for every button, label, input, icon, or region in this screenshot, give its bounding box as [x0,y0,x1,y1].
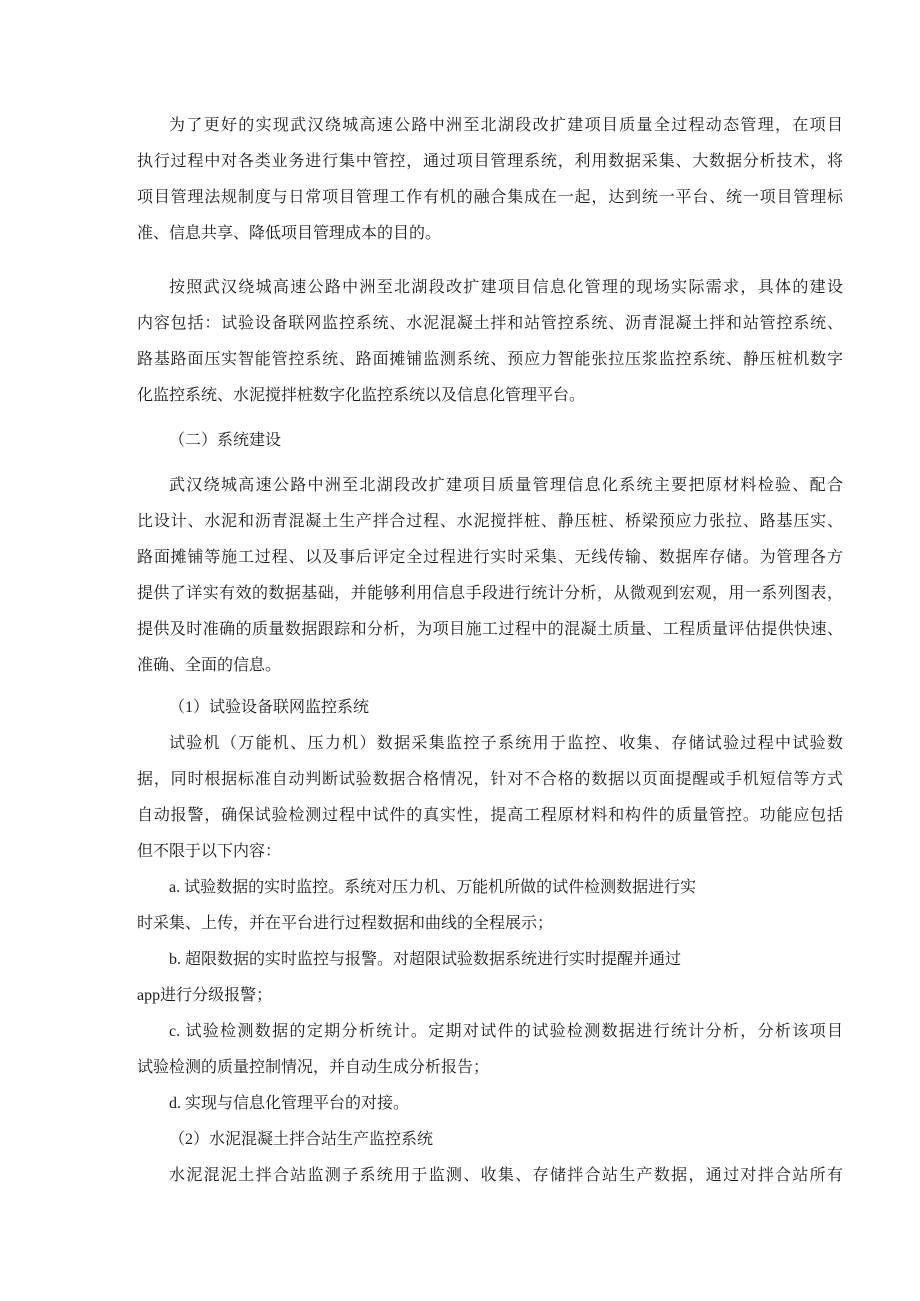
text-line: 执行过程中对各类业务进行集中管控，通过项目管理系统，利用数据采集、大数据分析技术… [137,144,843,180]
paragraph-mixing-station-subsystem: 水泥混泥土拌合站监测子系统用于监测、收集、存储拌合站生产数据，通过对拌合站所有 [137,1158,843,1194]
paragraph-test-machine-subsystem: 试验机（万能机、压力机）数据采集监控子系统用于监控、收集、存储试验过程中试验数 … [137,726,843,870]
text-line: 但不限于以下内容： [137,834,843,870]
heading-test-equipment-system: （1）试验设备联网监控系统 [137,690,843,726]
text-line: 武汉绕城高速公路中洲至北湖段改扩建项目质量管理信息化系统主要把原材料检验、配合 [137,468,843,504]
text-line: 比设计、水泥和沥青混凝土生产拌合过程、水泥搅拌桩、静压桩、桥梁预应力张拉、路基压… [137,504,843,540]
paragraph-project-goal: 为了更好的实现武汉绕城高速公路中洲至北湖段改扩建项目质量全过程动态管理，在项目 … [137,108,843,252]
text-line: 提供及时准确的质量数据跟踪和分析，为项目施工过程中的混凝土质量、工程质量评估提供… [137,612,843,648]
text-line: 按照武汉绕城高速公路中洲至北湖段改扩建项目信息化管理的现场实际需求，具体的建设 [137,270,843,306]
text-line: d. 实现与信息化管理平台的对接。 [137,1086,843,1122]
heading-system-construction: （二）系统建设 [137,423,843,459]
text-line: 水泥混泥土拌合站监测子系统用于监测、收集、存储拌合站生产数据，通过对拌合站所有 [137,1158,843,1194]
text-line: 内容包括：试验设备联网监控系统、水泥混凝土拌和站管控系统、沥青混凝土拌和站管控系… [137,306,843,342]
text-line: 准确、全面的信息。 [137,648,843,684]
subsection-heading: （1）试验设备联网监控系统 [137,690,843,726]
text-line: 提供了详实有效的数据基础，并能够利用信息手段进行统计分析，从微观到宏观，用一系列… [137,576,843,612]
text-line: 路面摊铺等施工过程、以及事后评定全过程进行实时采集、无线传输、数据库存储。为管理… [137,540,843,576]
text-line: 时采集、上传，并在平台进行过程数据和曲线的全程展示； [137,906,843,942]
text-line: 试验机（万能机、压力机）数据采集监控子系统用于监控、收集、存储试验过程中试验数 [137,726,843,762]
text-line: a. 试验数据的实时监控。系统对压力机、万能机所做的试件检测数据进行实 [137,870,843,906]
document-page: 为了更好的实现武汉绕城高速公路中洲至北湖段改扩建项目质量全过程动态管理，在项目 … [0,0,920,1301]
text-line: 试验检测的质量控制情况，并自动生成分析报告； [137,1050,843,1086]
subsection-heading: （2）水泥混凝土拌合站生产监控系统 [137,1122,843,1158]
text-line: c. 试验检测数据的定期分析统计。定期对试件的试验检测数据进行统计分析，分析该项… [137,1014,843,1050]
section-heading: （二）系统建设 [137,423,843,459]
text-line: 化监控系统、水泥搅拌桩数字化监控系统以及信息化管理平台。 [137,378,843,414]
text-line: app进行分级报警； [137,978,843,1014]
list-item-b: b. 超限数据的实时监控与报警。对超限试验数据系统进行实时提醒并通过 app进行… [137,942,843,1014]
text-line: 为了更好的实现武汉绕城高速公路中洲至北湖段改扩建项目质量全过程动态管理，在项目 [137,108,843,144]
paragraph-construction-content: 按照武汉绕城高速公路中洲至北湖段改扩建项目信息化管理的现场实际需求，具体的建设 … [137,270,843,414]
list-item-a: a. 试验数据的实时监控。系统对压力机、万能机所做的试件检测数据进行实 时采集、… [137,870,843,942]
text-line: 项目管理法规制度与日常项目管理工作有机的融合集成在一起，达到统一平台、统一项目管… [137,180,843,216]
paragraph-system-overview: 武汉绕城高速公路中洲至北湖段改扩建项目质量管理信息化系统主要把原材料检验、配合 … [137,468,843,684]
heading-concrete-mixing-system: （2）水泥混凝土拌合站生产监控系统 [137,1122,843,1158]
text-line: 自动报警，确保试验检测过程中试件的真实性，提高工程原材料和构件的质量管控。功能应… [137,798,843,834]
list-item-c: c. 试验检测数据的定期分析统计。定期对试件的试验检测数据进行统计分析，分析该项… [137,1014,843,1086]
list-item-d: d. 实现与信息化管理平台的对接。 [137,1086,843,1122]
text-line: b. 超限数据的实时监控与报警。对超限试验数据系统进行实时提醒并通过 [137,942,843,978]
text-line: 据，同时根据标准自动判断试验数据合格情况，针对不合格的数据以页面提醒或手机短信等… [137,762,843,798]
text-line: 准、信息共享、降低项目管理成本的目的。 [137,216,843,252]
text-line: 路基路面压实智能管控系统、路面摊铺监测系统、预应力智能张拉压浆监控系统、静压桩机… [137,342,843,378]
